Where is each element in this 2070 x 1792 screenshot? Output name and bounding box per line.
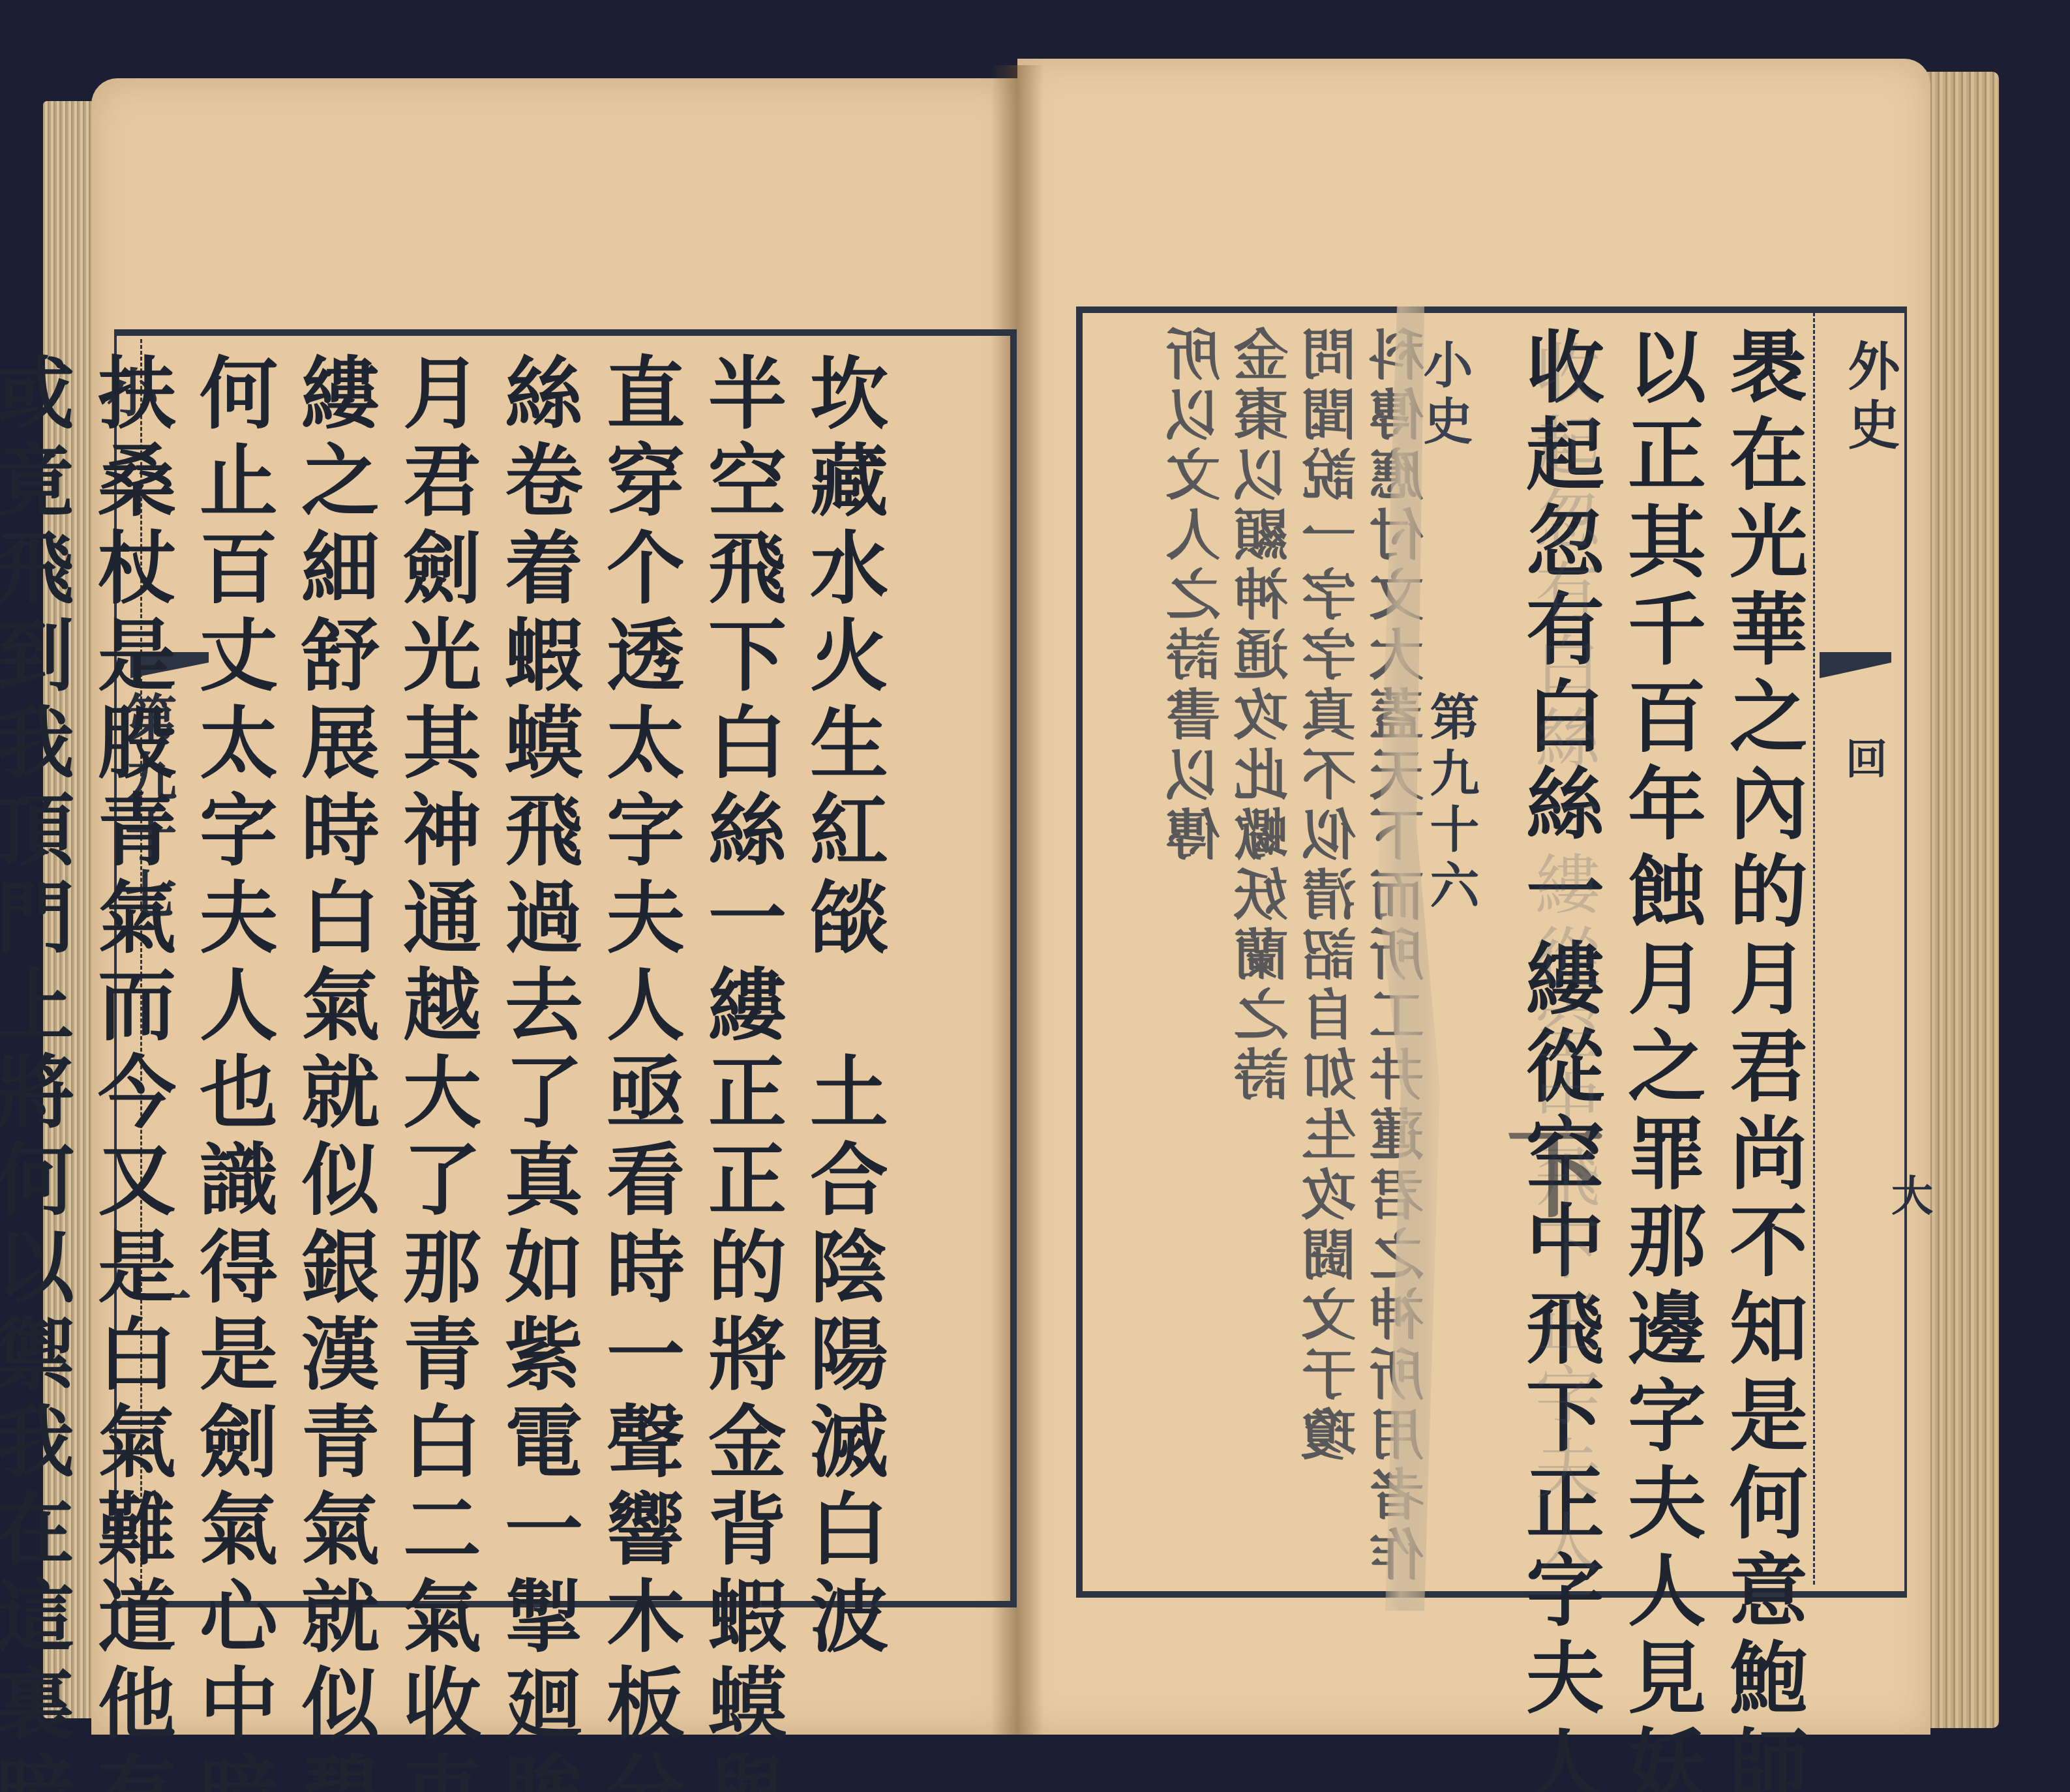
text-column: 縷之細舒展時白氣就似銀漢青氣就似碧霞盤旋激射 <box>283 352 385 1578</box>
right-page-text: 褁在光華之內的月君尚不知是何意鮑師道宜亟誅之 以正其千百年蝕月之罪那邊字夫人見妖… <box>1604 326 1813 1565</box>
text-column: 月君劍光其神通越大了那青白二氣收束起來無異絲 <box>385 352 487 1578</box>
offset-mirrored-text: 科傳應付文大蓋天下而所工井蓮君之神所用者作 問聞說一字字真不似清詔自如生攻闘文于… <box>1089 326 1435 1585</box>
faded-stamp-fragment: 下 <box>1500 1122 1617 1402</box>
right-margin-chapter-marker: 回 <box>1833 737 1893 785</box>
text-column: 絲卷着蝦蟆飛過去了真如紫電一掣廻眸不及却就是 <box>487 352 588 1578</box>
right-page-center-strip-line <box>1813 306 1820 1585</box>
right-margin-leaf-number: 大 <box>1878 1174 1938 1222</box>
text-column: 以正其千百年蝕月之罪那邊字夫人見妖蟇無力方欲 <box>1610 326 1711 1565</box>
text-column: 褁在光華之內的月君尚不知是何意鮑師道宜亟誅之 <box>1711 326 1813 1565</box>
left-page-text: 坎藏水火生紅燄 土合陰陽滅白波 半空飛下白絲一縷正正的將金背蝦蟆與臺上的木板 直… <box>163 352 991 1578</box>
right-page-stack <box>1927 72 1999 1728</box>
text-column: 半空飛下白絲一縷正正的將金背蝦蟆與臺上的木板 <box>690 352 792 1578</box>
text-column: 坎藏水火生紅燄 土合陰陽滅白波 <box>792 352 991 1578</box>
text-column: 或竟飛到我頂門上將何以禦我在這裏暗算他不要倒 <box>0 352 80 1578</box>
offset-column: 金棗以顯神通攻此蠍妖蘭之詩 <box>1231 326 1299 1585</box>
offset-column: 所以文人之詩書以傳 <box>1163 326 1231 1585</box>
text-column: 扶桑杖是股青氣而今又是白氣難道他有兩把神劍倘 <box>80 352 181 1578</box>
book-spread: 小 第九十七 一 坎藏水火生紅燄 土合陰陽滅白波 半空飛下白絲一縷正正的將金背蝦… <box>0 0 2070 1792</box>
text-column: 直穿个透太字夫人亟看時一聲響木板分開一綫那白 <box>588 352 690 1578</box>
right-margin-title: 外史 <box>1833 339 1908 456</box>
offset-column: 問聞說一字字真不似清詔自如生攻闘文于瓊 <box>1299 326 1367 1585</box>
text-column: 何止百丈太字夫人也識得是劍氣心中暗驚前日壞我 <box>181 352 283 1578</box>
